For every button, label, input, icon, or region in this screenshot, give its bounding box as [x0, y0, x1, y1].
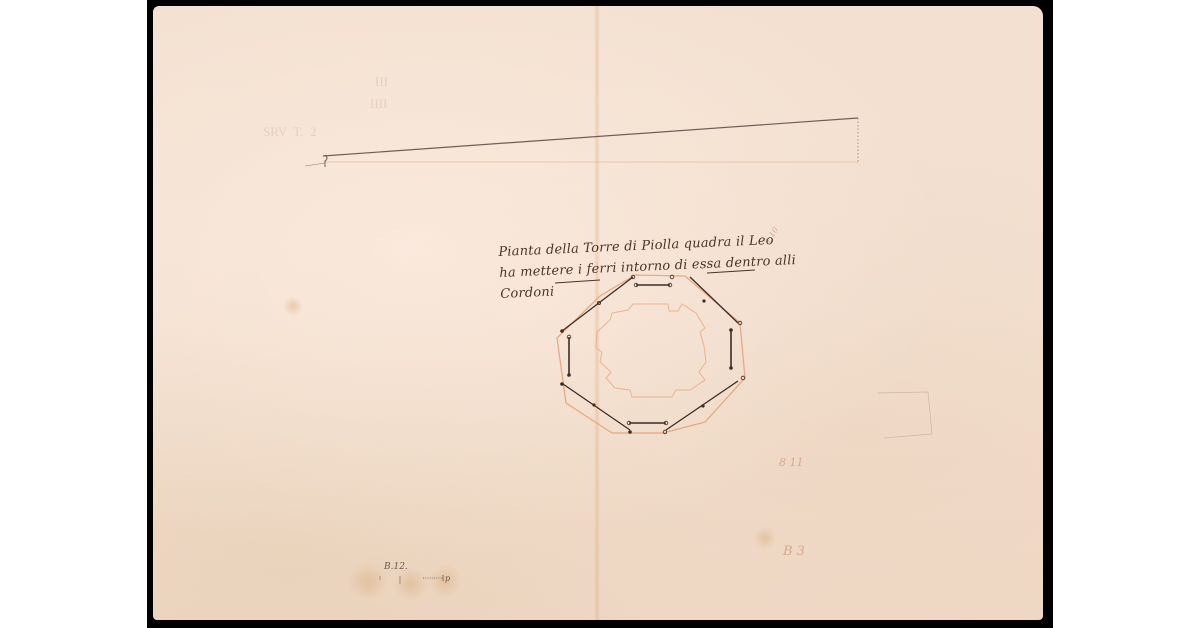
pencil-note-lower-1: 8 11	[779, 456, 804, 469]
manuscript-sheet: III IIII SRV T. 2	[153, 6, 1043, 620]
pencil-square	[878, 392, 932, 438]
shelfmark: B.12.	[384, 562, 408, 572]
scale-bar	[380, 575, 443, 584]
scale-label: p	[445, 574, 450, 583]
image-canvas: III IIII SRV T. 2	[0, 0, 1200, 628]
pencil-note-lower-2: B 3	[783, 544, 805, 559]
caption-handwriting: Pianta della Torre di Piolla quadra il L…	[498, 229, 797, 305]
section-line	[305, 118, 858, 167]
ink-drawing	[153, 6, 1043, 620]
